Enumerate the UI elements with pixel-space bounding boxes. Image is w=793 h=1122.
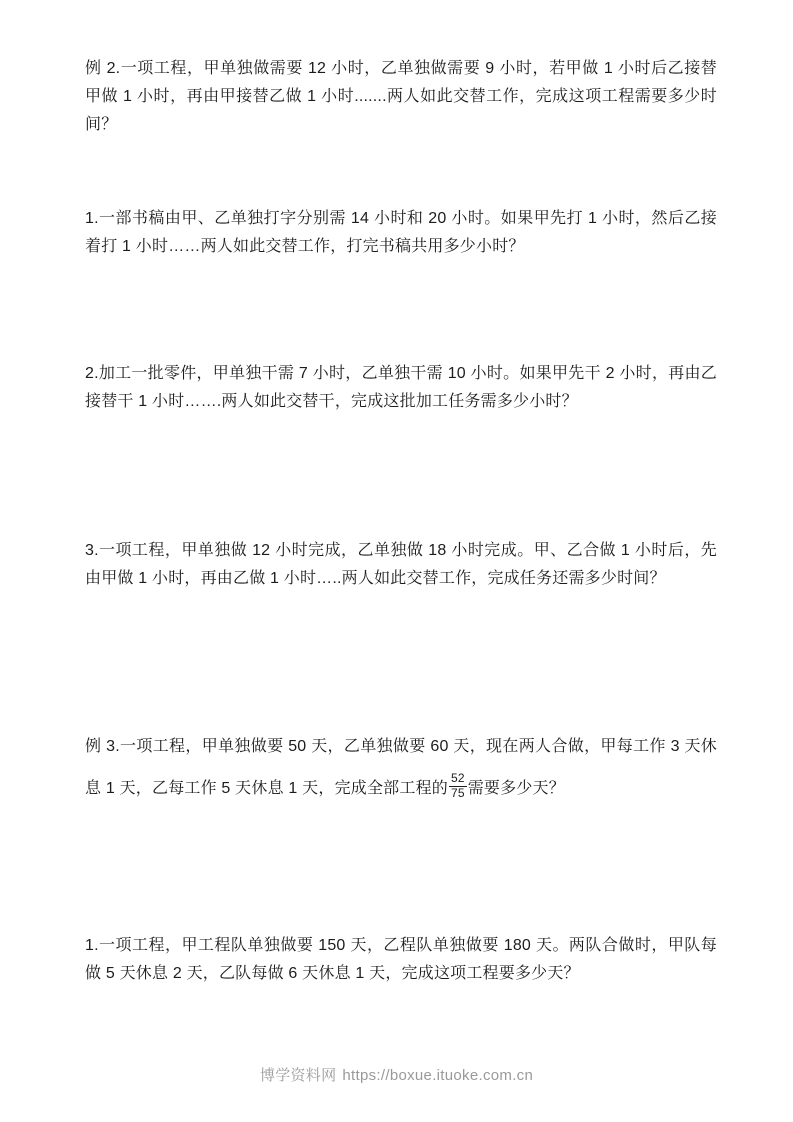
footer-site-name: 博学资料网 <box>260 1067 337 1084</box>
problem-2: 2.加工一批零件，甲单独干需 7 小时，乙单独干需 10 小时。如果甲先干 2 … <box>85 360 717 416</box>
worksheet-page: 例 2.一项工程，甲单独做需要 12 小时，乙单独做需要 9 小时，若甲做 1 … <box>0 0 793 1122</box>
problem-example-2: 例 2.一项工程，甲单独做需要 12 小时，乙单独做需要 9 小时，若甲做 1 … <box>85 55 717 139</box>
problem-3: 3.一项工程，甲单独做 12 小时完成，乙单独做 18 小时完成。甲、乙合做 1… <box>85 537 717 593</box>
problem-1: 1.一部书稿由甲、乙单独打字分别需 14 小时和 20 小时。如果甲先打 1 小… <box>85 205 717 261</box>
fraction-denominator: 75 <box>449 786 467 801</box>
problem-example-3: 例 3.一项工程，甲单独做要 50 天，乙单独做要 60 天，现在两人合做，甲每… <box>85 726 717 810</box>
problem-example-3-text-after: 需要多少天？ <box>468 780 565 797</box>
problem-4: 1.一项工程，甲工程队单独做要 150 天，乙程队单独做要 180 天。两队合做… <box>85 932 717 988</box>
footer-url: https://boxue.ituoke.com.cn <box>342 1067 533 1084</box>
fraction-numerator: 52 <box>449 772 467 786</box>
problem-example-3-text-before: 例 3.一项工程，甲单独做要 50 天，乙单独做要 60 天，现在两人合做，甲每… <box>85 738 717 797</box>
fraction-52-75: 5275 <box>449 772 467 801</box>
footer-watermark: 博学资料网https://boxue.ituoke.com.cn <box>0 1064 793 1085</box>
